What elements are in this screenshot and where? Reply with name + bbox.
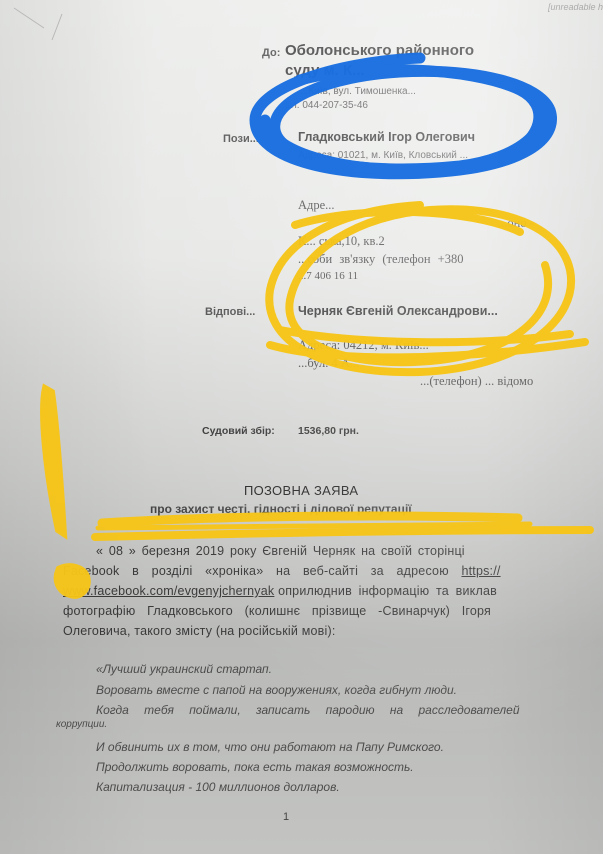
defendant-address-line2: ...бул. 4 А... — [298, 356, 359, 371]
court-address: ...Київ, вул. Тимошенка... — [300, 86, 416, 97]
addressee-label: До: — [262, 47, 280, 59]
plaintiff-contact-line4: ...соби зв'язку (телефон +380 — [298, 252, 463, 267]
document-subtitle: про захист честі, гідності і ділової реп… — [150, 502, 412, 516]
paragraph-line1: « 08 » березня 2019 року Євгеній Черняк … — [96, 544, 465, 558]
court-name-line1: Оболонського районного — [285, 42, 474, 59]
quote-line: коррупции. — [56, 719, 107, 730]
quote-line: Капитализация - 100 миллионов долларов. — [96, 780, 340, 794]
paragraph-line2-text: Facebook в розділі «хроніка» на веб-сайт… — [63, 564, 449, 578]
plaintiff-label: Пози... — [223, 133, 259, 145]
plaintiff-phone: ...7 406 16 11 — [298, 270, 358, 282]
quote-line: «Лучший украинский стартап. — [96, 662, 272, 676]
quote-line: Продолжить воровать, пока есть такая воз… — [96, 760, 414, 774]
paragraph-line5: Олеговича, такого змісту (на російській … — [63, 624, 336, 638]
quote-line: Когда тебя поймали, записать пародию на … — [96, 703, 520, 717]
plaintiff-name: Гладковський Ігор Олегович — [298, 130, 475, 144]
court-name-line2: суду м. К... — [285, 62, 365, 79]
pencil-marks — [14, 8, 62, 40]
plaintiff-address: Адреса: 01021, м. Київ, Кловський ... — [298, 150, 468, 161]
court-phone: ...т. 044-207-35-46 — [285, 100, 368, 111]
document-title: ПОЗОВНА ЗАЯВА — [244, 483, 358, 498]
quote-line: И обвинить их в том, что они работают на… — [96, 740, 444, 754]
corner-handwritten-note: [unreadable handwriting] — [548, 2, 603, 12]
facebook-link-part1[interactable]: https:// — [461, 564, 500, 578]
yellow-vertical-stroke — [43, 388, 64, 534]
scanned-document-page: [unreadable handwriting] До: Оболонськог… — [0, 0, 603, 854]
yellow-underline-strokes — [95, 516, 590, 537]
paragraph-line4: фотографію Гладковського (колишнє прізви… — [63, 604, 491, 618]
court-fee-label: Судовий збір: — [202, 425, 275, 437]
page-number: 1 — [283, 811, 289, 823]
plaintiff-contact-line3: К... ська,10, кв.2 — [298, 234, 385, 249]
paragraph-line3-text: оприлюднив інформацію та виклав — [278, 584, 497, 598]
defendant-label: Відпові... — [205, 306, 255, 318]
defendant-contact-line: ...(телефон) ... відомо — [420, 374, 533, 389]
plaintiff-contact-line2: ...оно - — [498, 216, 534, 231]
plaintiff-contact-line1: Адре... — [298, 198, 335, 213]
defendant-name: Черняк Євгеній Олександрови... — [298, 304, 498, 318]
facebook-link-part2[interactable]: www.facebook.com/evgenyjchernyak — [63, 584, 274, 598]
paragraph-line2: Facebook в розділі «хроніка» на веб-сайт… — [63, 564, 501, 578]
court-fee-value: 1536,80 грн. — [298, 425, 359, 437]
quote-line: Воровать вместе с папой на вооружениях, … — [96, 683, 457, 697]
defendant-address: Адреса: 04212, м. Київ... — [298, 338, 429, 353]
paragraph-line3: www.facebook.com/evgenyjchernyak оприлюд… — [63, 584, 497, 598]
